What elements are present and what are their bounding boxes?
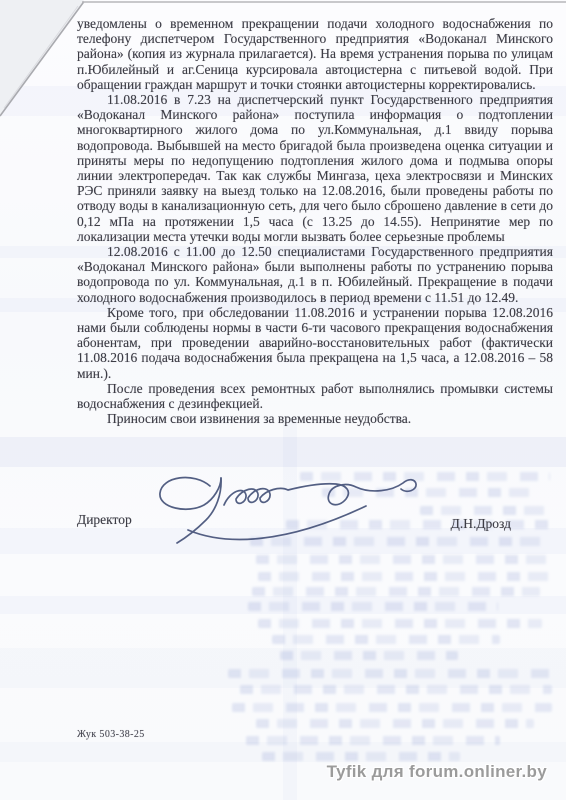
bleedthrough-row (258, 619, 542, 628)
bleedthrough-row (232, 703, 552, 712)
scan-streak (0, 742, 566, 762)
bleedthrough-row (246, 736, 500, 745)
bleedthrough-row (252, 587, 540, 596)
bleedthrough-row (248, 602, 498, 611)
bleedthrough-row (256, 719, 534, 728)
handwritten-signature (148, 464, 432, 548)
bleedthrough-row (258, 572, 550, 581)
paragraph: 12.08.2016 с 11.00 до 12.50 специалистам… (77, 244, 553, 305)
paragraph: После проведения всех ремонтных работ вы… (77, 381, 553, 411)
scan-streak (0, 596, 566, 614)
signatory-name: Д.Н.Дрозд (451, 516, 511, 531)
scan-streak (0, 648, 566, 688)
bleedthrough-row (240, 685, 552, 694)
signatory-role: Директор (77, 512, 132, 527)
paragraph: 11.08.2016 в 7.23 на диспетчерский пункт… (77, 92, 553, 244)
bleedthrough-row (228, 669, 554, 678)
letter-body: уведомлены о временном прекращении подач… (77, 16, 553, 560)
paragraph: уведомлены о временном прекращении подач… (77, 16, 553, 92)
paragraph: Приносим свои извинения за временные неу… (77, 411, 553, 426)
bleedthrough-row (272, 635, 500, 644)
watermark: Tyfik для forum.onliner.by (327, 762, 547, 782)
signature-row: Директор Д.Н.Дрозд (77, 476, 553, 560)
scanned-letter-page: уведомлены о временном прекращении подач… (0, 0, 566, 800)
footer-reference: Жук 503-38-25 (77, 729, 145, 740)
bleedthrough-row (262, 752, 460, 761)
paragraph: Кроме того, при обследовании 11.08.2016 … (77, 305, 553, 381)
bleedthrough-row (280, 651, 458, 660)
